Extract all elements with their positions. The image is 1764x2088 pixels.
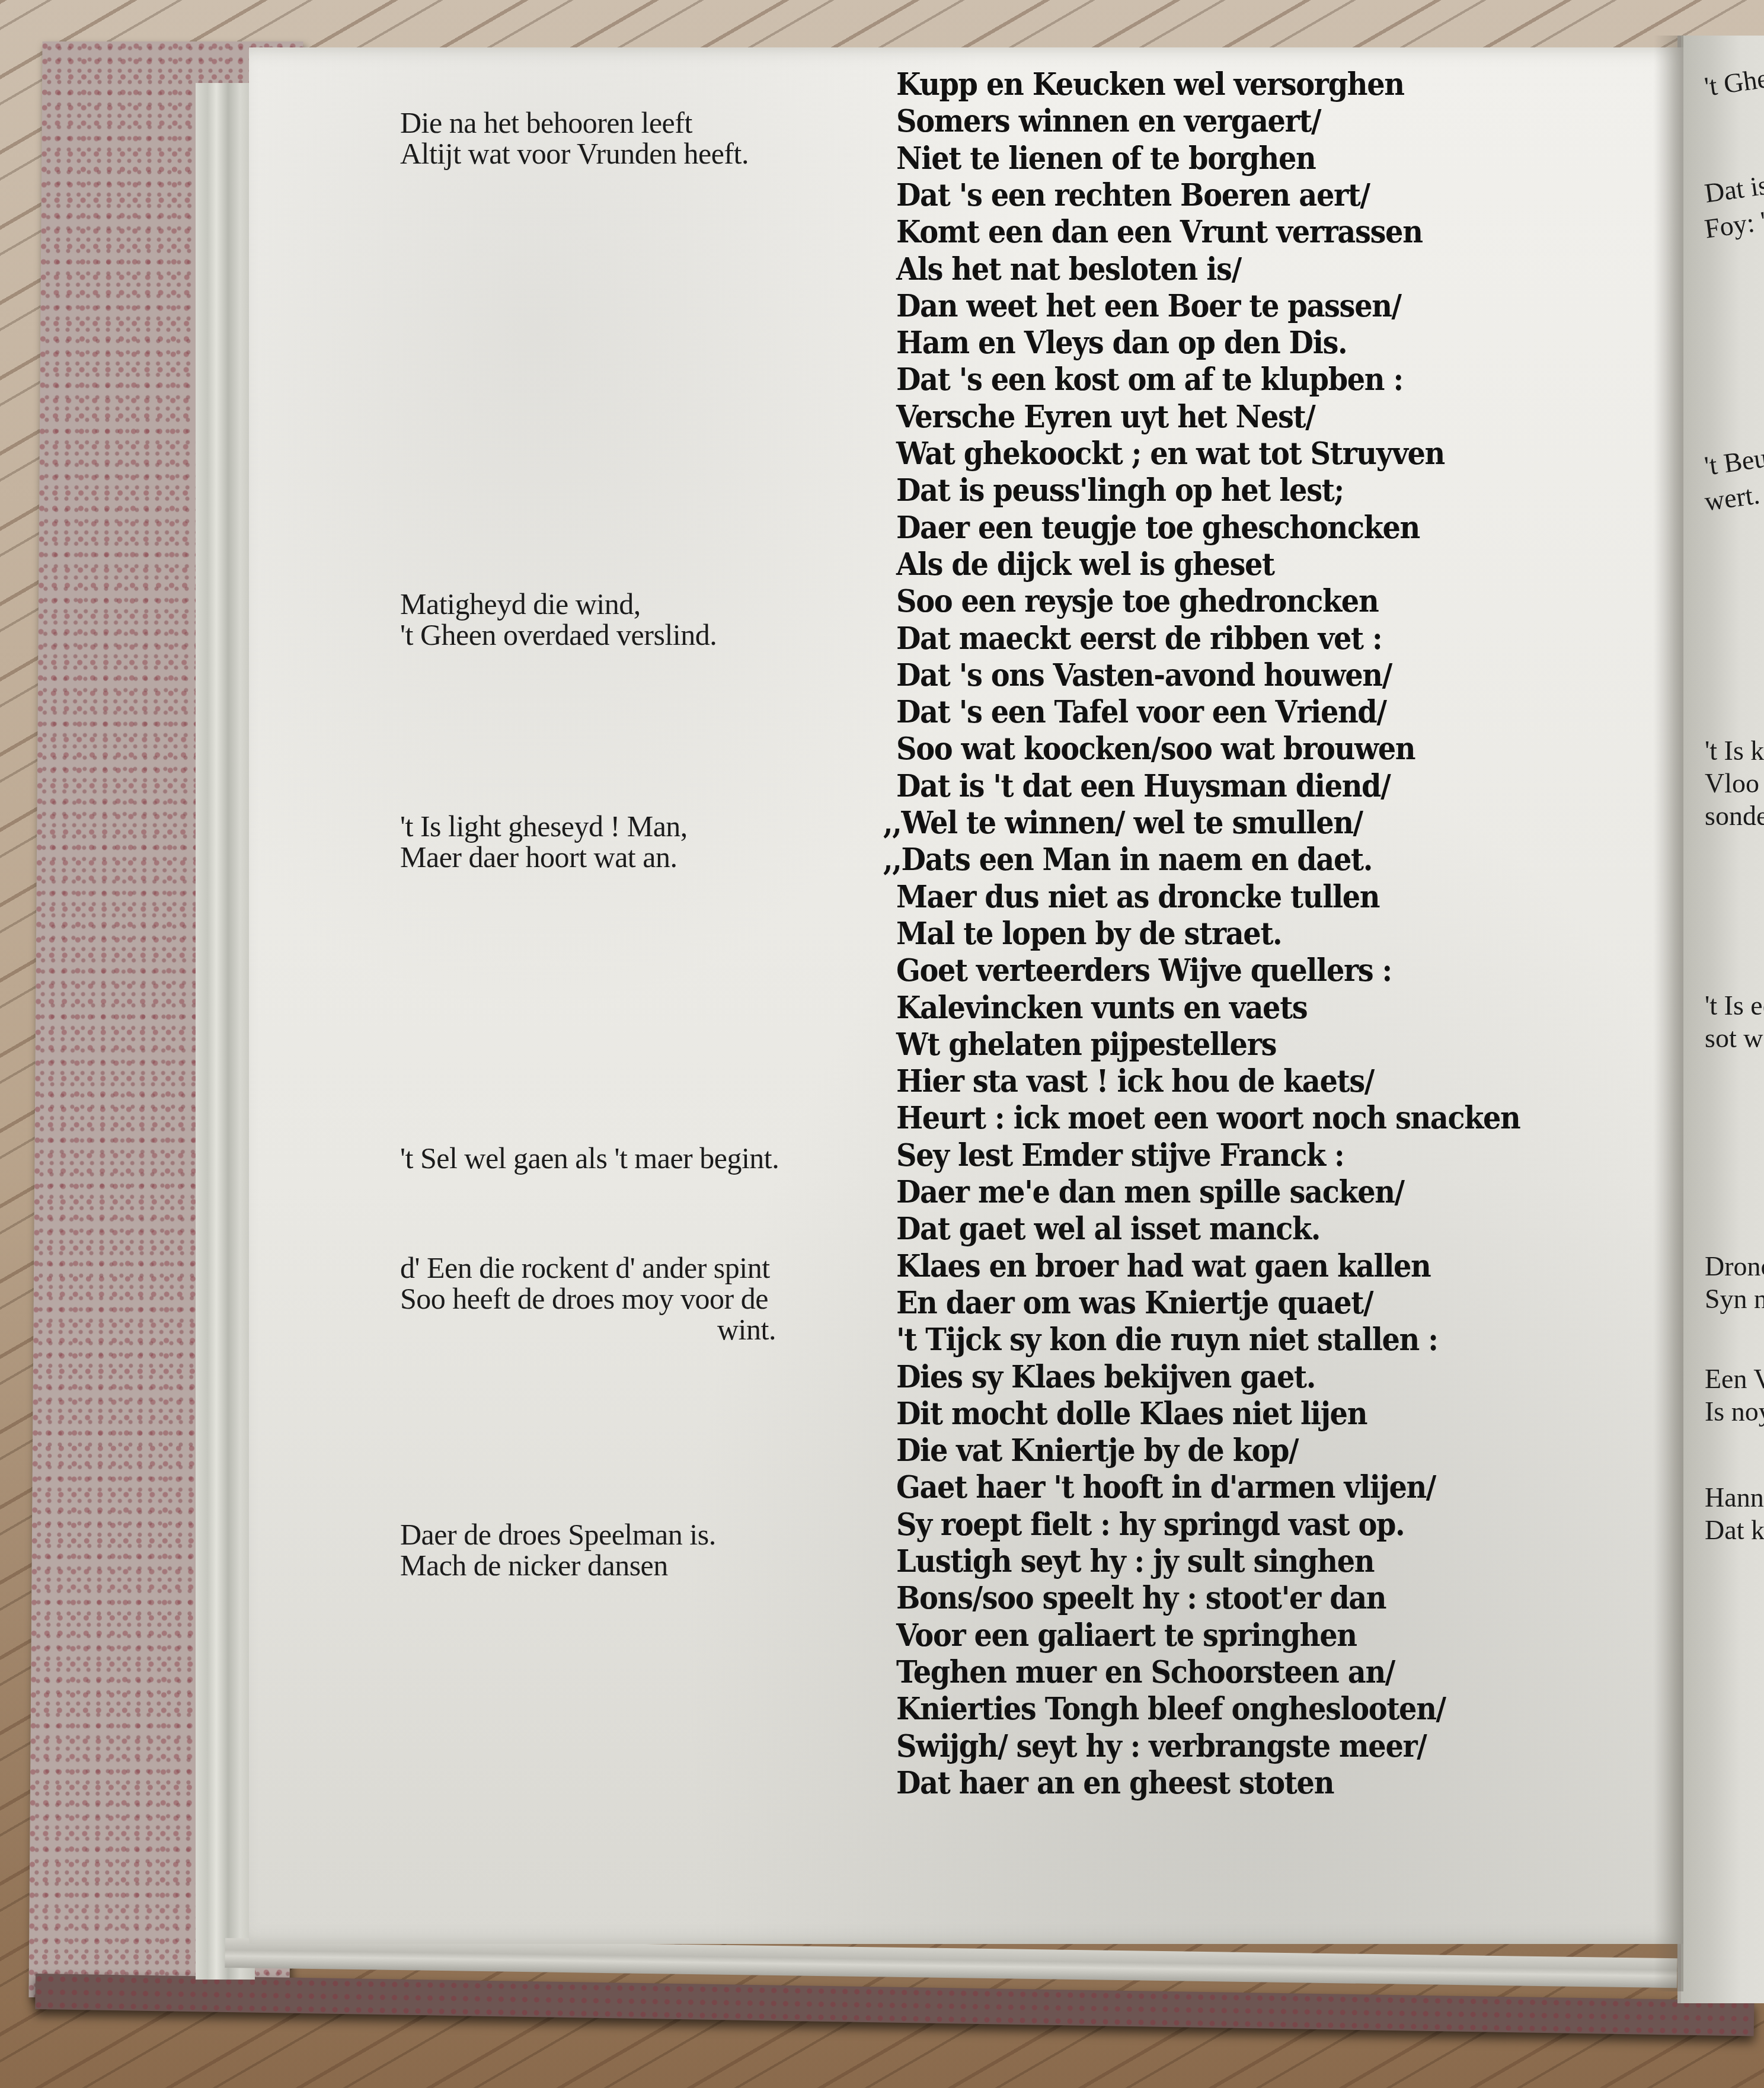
verse-line: Gaet haer 't hooft in d'armen vlijen/ — [896, 1469, 1436, 1505]
margin-note-line: Mach de nicker dansen — [400, 1548, 668, 1582]
margin-note-line: Altijt wat voor Vrunden heeft. — [400, 136, 749, 171]
verse-line: ,,Wel te winnen/ wel te smullen/ — [883, 805, 1363, 841]
verse-line: Teghen muer en Schoorsteen an/ — [896, 1654, 1395, 1690]
verse-line: Dat 's een kost om af te klupben : — [896, 362, 1403, 398]
verse-line: Wat ghekoockt ; en wat tot Struyven — [896, 436, 1445, 472]
verse-line: Dat 's ons Vasten-avond houwen/ — [896, 657, 1392, 693]
verse-line: Als de dijck wel is gheset — [896, 546, 1274, 583]
verse-line: Goet verteerders Wijve quellers : — [896, 952, 1392, 989]
margin-note-line: Maer daer hoort wat an. — [400, 840, 677, 874]
facing-page-fragment: Dronc — [1705, 1251, 1764, 1282]
facing-page-fragment: wert. — [1702, 478, 1762, 517]
facing-page-fragment: 't Is kun — [1705, 735, 1764, 766]
facing-page-fragment: Vloo he — [1705, 768, 1764, 799]
facing-page-fragment: Dat is ee — [1702, 165, 1764, 209]
margin-note-line: d' Een die rockent d' ander spint — [400, 1251, 770, 1285]
facing-page-fragment: 't Ghew — [1702, 59, 1764, 102]
facing-page-fragment: Hanne — [1705, 1482, 1764, 1513]
page-stack-edge — [196, 83, 255, 1980]
facing-page-fragment: sot woo — [1705, 1022, 1764, 1054]
verse-line: Dies sy Klaes bekijven gaet. — [896, 1359, 1315, 1395]
margin-note-line: 't Is light gheseyd ! Man, — [400, 809, 688, 843]
verse-line: Knierties Tongh bleef ongheslooten/ — [896, 1691, 1446, 1727]
gutter-shadow — [1654, 36, 1683, 1991]
verse-line: Niet te lienen of te borghen — [896, 140, 1315, 177]
margin-note-line: Daer de droes Speelman is. — [400, 1517, 716, 1552]
verse-line: Wt ghelaten pijpestellers — [896, 1027, 1276, 1063]
verse-line: Komt een dan een Vrunt verrassen — [896, 214, 1423, 250]
verse-line: Versche Eyren uyt het Nest/ — [896, 399, 1315, 435]
verse-line: Kalevincken vunts en vaets — [896, 990, 1307, 1026]
verse-line: Somers winnen en vergaert/ — [896, 103, 1321, 139]
verse-line: Swijgh/ seyt hy : verbrangste meer/ — [896, 1728, 1426, 1764]
verse-line: Dan weet het een Boer te passen/ — [896, 288, 1401, 324]
verse-line: Sey lest Emder stijve Franck : — [896, 1137, 1344, 1173]
facing-page-fragment: 't Beurt — [1702, 440, 1764, 482]
verse-line: Ham en Vleys dan op den Dis. — [896, 325, 1347, 361]
verse-line: Bons/soo speelt hy : stoot'er dan — [896, 1580, 1386, 1616]
margin-note-line: wint. — [717, 1312, 776, 1347]
verse-line: Lustigh seyt hy : jy sult singhen — [896, 1543, 1374, 1579]
verse-line: Daer een teugje toe gheschoncken — [896, 510, 1420, 546]
verse-line: Dat 's een rechten Boeren aert/ — [896, 177, 1370, 213]
margin-note-line: Die na het behooren leeft — [400, 105, 692, 140]
verse-line: ,,Dats een Man in naem en daet. — [883, 842, 1372, 878]
facing-page-fragment: Foy: 'k — [1702, 203, 1764, 245]
verse-line: 't Tijck sy kon die ruyn niet stallen : — [896, 1322, 1437, 1358]
facing-page: 't GhewDat is eeFoy: 'k't Beurtwert.'t I… — [1677, 36, 1764, 2003]
verse-line: Dat haer an en gheest stoten — [896, 1765, 1334, 1801]
verse-line: Sy roept fielt : hy springd vast op. — [896, 1507, 1404, 1543]
verse-line: Kupp en Keucken wel versorghen — [896, 66, 1404, 103]
verse-line: Maer dus niet as droncke tullen — [896, 879, 1379, 915]
book-page: Die na het behooren leeftAltijt wat voor… — [249, 47, 1683, 1944]
verse-line: Klaes en broer had wat gaen kallen — [896, 1248, 1430, 1284]
margin-note-line: Matigheyd die wind, — [400, 587, 641, 621]
verse-line: Dat 's een Tafel voor een Vriend/ — [896, 694, 1386, 730]
facing-page-fragment: Dat k — [1705, 1514, 1764, 1546]
verse-line: Die vat Kniertje by de kop/ — [896, 1432, 1298, 1469]
verse-line: Als het nat besloten is/ — [896, 251, 1241, 287]
margin-note-line: 't Gheen overdaed verslind. — [400, 618, 717, 652]
margin-note-line: Soo heeft de droes moy voor de — [400, 1281, 768, 1316]
facing-page-fragment: Een V — [1705, 1363, 1764, 1395]
facing-page-fragment: Is noy — [1705, 1396, 1764, 1427]
facing-page-fragment: 't Is een — [1705, 990, 1764, 1021]
verse-line: Soo wat koocken/soo wat brouwen — [896, 731, 1415, 767]
verse-line: Mal te lopen by de straet. — [896, 916, 1282, 952]
verse-line: Voor een galiaert te springhen — [896, 1617, 1357, 1654]
verse-line: En daer om was Kniertje quaet/ — [896, 1285, 1373, 1321]
verse-line: Dat gaet wel al isset manck. — [896, 1211, 1320, 1247]
verse-line: Dat is 't dat een Huysman diend/ — [896, 768, 1390, 804]
margin-note-line: 't Sel wel gaen als 't maer begint. — [400, 1141, 779, 1175]
facing-page-fragment: sonder h — [1705, 800, 1764, 832]
verse-line: Heurt : ick moet een woort noch snacken — [896, 1100, 1520, 1136]
verse-line: Daer me'e dan men spille sacken/ — [896, 1174, 1404, 1210]
facing-page-fragment: Syn na — [1705, 1283, 1764, 1315]
verse-line: Soo een reysje toe ghedroncken — [896, 583, 1378, 619]
verse-line: Dat is peuss'lingh op het lest; — [896, 472, 1344, 509]
verse-line: Dit mocht dolle Klaes niet lijen — [896, 1396, 1367, 1432]
verse-line: Hier sta vast ! ick hou de kaets/ — [896, 1063, 1374, 1099]
verse-line: Dat maeckt eerst de ribben vet : — [896, 621, 1382, 657]
